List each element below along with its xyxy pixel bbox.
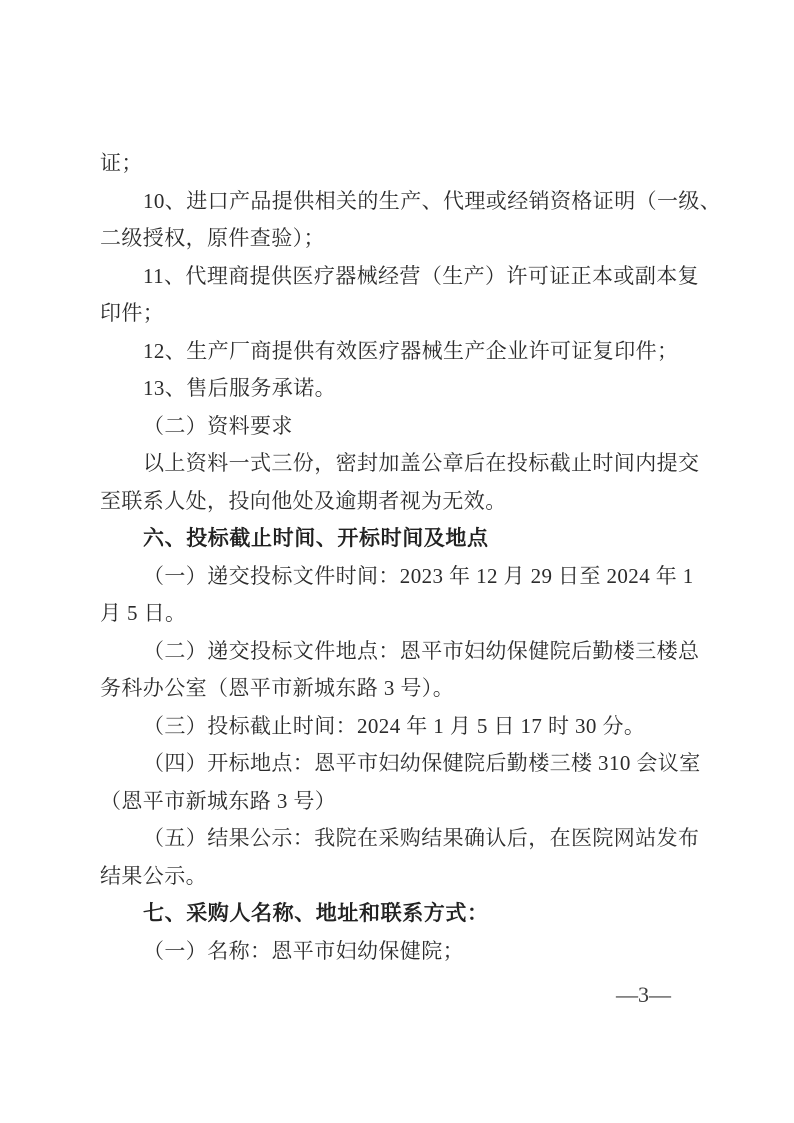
text-line: 以上资料一式三份，密封加盖公章后在投标截止时间内提交 <box>100 445 712 483</box>
text-line: 二级授权，原件查验）； <box>100 220 712 258</box>
page-number: —3— <box>616 982 671 1008</box>
text-line: （三）投标截止时间：2024 年 1 月 5 日 17 时 30 分。 <box>100 708 712 746</box>
text-line: （一）递交投标文件时间：2023 年 12 月 29 日至 2024 年 1 <box>100 558 712 596</box>
text-line: 11、代理商提供医疗器械经营（生产）许可证正本或副本复 <box>100 258 712 296</box>
document-page: 证；10、进口产品提供相关的生产、代理或经销资格证明（一级、二级授权，原件查验）… <box>0 0 794 1123</box>
text-line: 七、采购人名称、地址和联系方式： <box>100 895 712 933</box>
text-line: 结果公示。 <box>100 858 712 896</box>
text-line: 务科办公室（恩平市新城东路 3 号）。 <box>100 670 712 708</box>
text-line: 13、售后服务承诺。 <box>100 370 712 408</box>
text-line: （四）开标地点：恩平市妇幼保健院后勤楼三楼 310 会议室 <box>100 745 712 783</box>
text-line: （一）名称：恩平市妇幼保健院； <box>100 933 712 971</box>
text-line: （二）递交投标文件地点：恩平市妇幼保健院后勤楼三楼总 <box>100 633 712 671</box>
text-line: 印件； <box>100 295 712 333</box>
text-line: 至联系人处，投向他处及逾期者视为无效。 <box>100 483 712 521</box>
text-line: 12、生产厂商提供有效医疗器械生产企业许可证复印件； <box>100 333 712 371</box>
document-body: 证；10、进口产品提供相关的生产、代理或经销资格证明（一级、二级授权，原件查验）… <box>100 145 712 970</box>
text-line: （恩平市新城东路 3 号） <box>100 783 712 821</box>
text-line: 10、进口产品提供相关的生产、代理或经销资格证明（一级、 <box>100 183 712 221</box>
text-line: （五）结果公示：我院在采购结果确认后，在医院网站发布 <box>100 820 712 858</box>
text-line: 证； <box>100 145 712 183</box>
text-line: 六、投标截止时间、开标时间及地点 <box>100 520 712 558</box>
text-line: （二）资料要求 <box>100 408 712 446</box>
text-line: 月 5 日。 <box>100 595 712 633</box>
